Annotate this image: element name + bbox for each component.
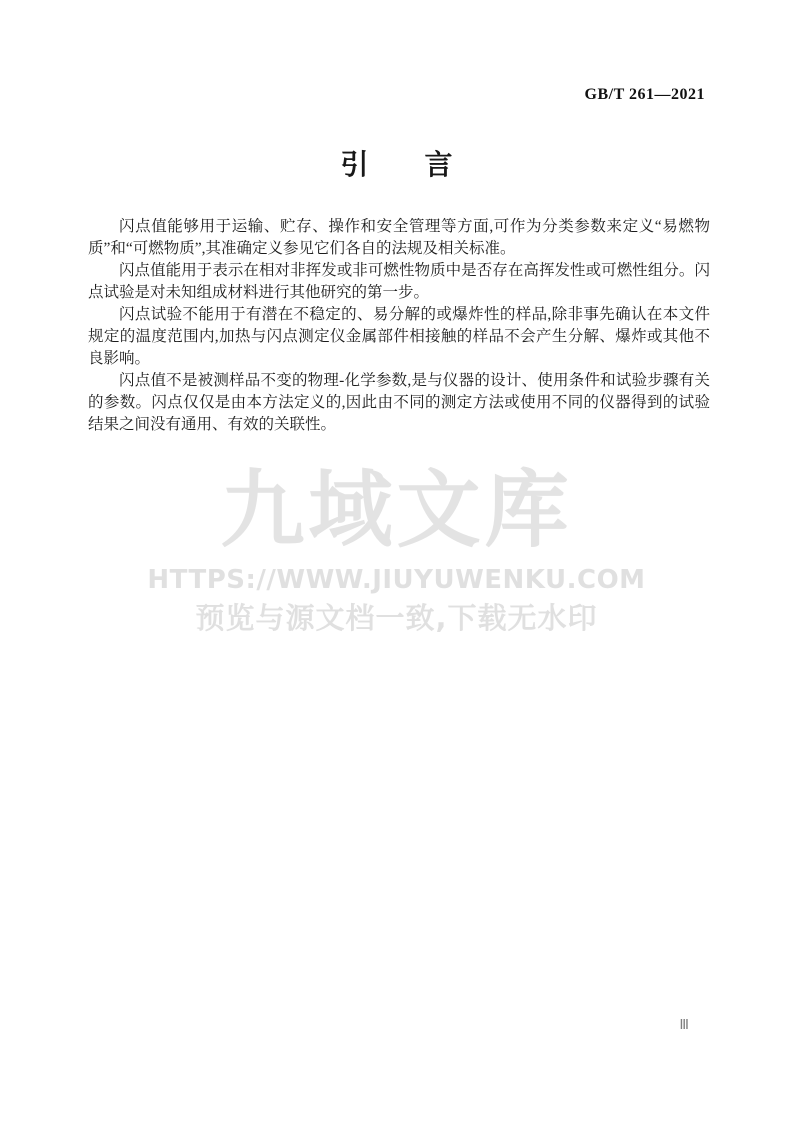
paragraph: 闪点值能用于表示在相对非挥发或非可燃性物质中是否存在高挥发性或可燃性组分。闪点试… <box>88 260 710 304</box>
watermark-url-text: HTTPS://WWW.JIUYUWENKU.COM <box>0 562 793 598</box>
watermark-brand-text: 九域文库 <box>0 458 793 562</box>
paragraph: 闪点值能够用于运输、贮存、操作和安全管理等方面,可作为分类参数来定义“易燃物质”… <box>88 216 710 260</box>
watermark: 九域文库 HTTPS://WWW.JIUYUWENKU.COM 预览与源文档一致… <box>0 458 793 638</box>
page-title: 引 言 <box>0 143 793 183</box>
paragraph: 闪点试验不能用于有潜在不稳定的、易分解的或爆炸性的样品,除非事先确认在本文件规定… <box>88 304 710 370</box>
paragraph: 闪点值不是被测样品不变的物理-化学参数,是与仪器的设计、使用条件和试验步骤有关的… <box>88 370 710 436</box>
standard-code-header: GB/T 261—2021 <box>585 86 705 104</box>
page-number: Ⅲ <box>679 1017 689 1034</box>
document-page: GB/T 261—2021 引 言 闪点值能够用于运输、贮存、操作和安全管理等方… <box>0 0 793 1122</box>
introduction-body: 闪点值能够用于运输、贮存、操作和安全管理等方面,可作为分类参数来定义“易燃物质”… <box>88 216 710 436</box>
watermark-tagline-text: 预览与源文档一致,下载无水印 <box>0 598 793 638</box>
